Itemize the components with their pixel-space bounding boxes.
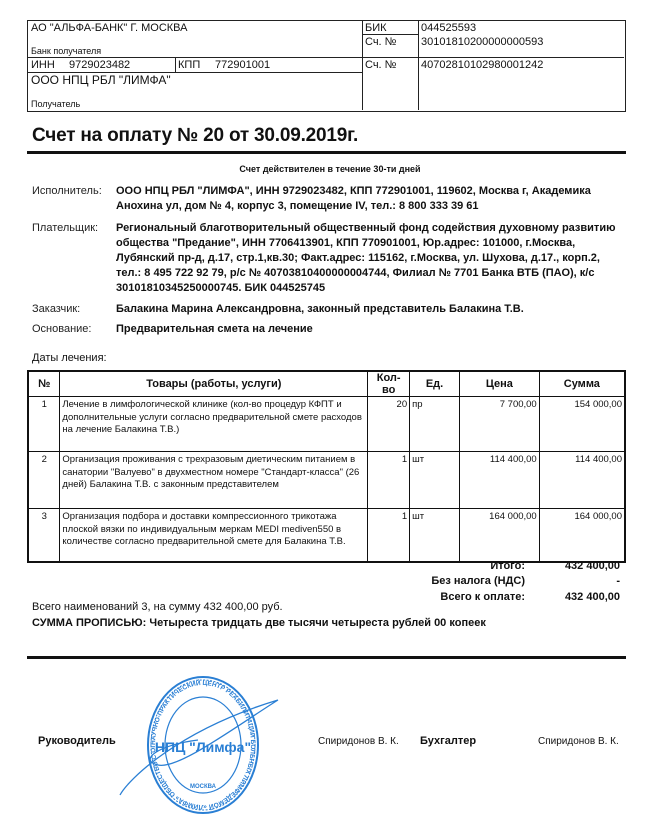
- accountant-label: Бухгалтер: [420, 735, 476, 747]
- customer-value: Балакина Марина Александровна, законный …: [116, 302, 626, 317]
- cell-unit: шт: [410, 452, 460, 509]
- account-value: 40702810102980001242: [418, 59, 543, 72]
- cell-price: 164 000,00: [459, 509, 539, 562]
- company-stamp-icon: НАУЧНО-ПРАКТИЧЕСКИЙ ЦЕНТР РЕАБИЛИТАЦИИ Б…: [118, 670, 288, 820]
- corr-account-label: Сч. №: [362, 36, 396, 49]
- col-header-goods: Товары (работы, услуги): [60, 371, 368, 397]
- recipient-name: ООО НПЦ РБЛ "ЛИМФА": [28, 74, 171, 87]
- treatment-dates-label: Даты лечения:: [32, 352, 107, 364]
- director-label: Руководитель: [38, 735, 116, 747]
- col-header-unit: Ед.: [410, 371, 460, 397]
- validity-note: Счет действителен в течение 30-ти дней: [0, 164, 660, 174]
- table-row: 2 Организация проживания с трехразовым д…: [28, 452, 625, 509]
- director-name: Спиридонов В. К.: [318, 736, 399, 747]
- items-table: № Товары (работы, услуги) Кол-во Ед. Цен…: [27, 370, 626, 563]
- col-header-price: Цена: [459, 371, 539, 397]
- cell-sum: 154 000,00: [539, 397, 625, 452]
- bank-label: Банк получателя: [28, 45, 101, 58]
- svg-text:МОСКВА: МОСКВА: [190, 784, 217, 790]
- cell-unit: шт: [410, 509, 460, 562]
- cell-description: Организация подбора и доставки компресси…: [60, 509, 368, 562]
- cell-sum: 164 000,00: [539, 509, 625, 562]
- table-header-row: № Товары (работы, услуги) Кол-во Ед. Цен…: [28, 371, 625, 397]
- cell-price: 7 700,00: [459, 397, 539, 452]
- divider: [362, 57, 624, 58]
- title-rule: [27, 151, 626, 154]
- cell-description: Лечение в лимфологической клинике (кол-в…: [60, 397, 368, 452]
- cell-num: 1: [28, 397, 60, 452]
- inn-value: 9729023482: [66, 59, 130, 72]
- basis-label: Основание:: [32, 323, 91, 335]
- table-row: 1 Лечение в лимфологической клинике (кол…: [28, 397, 625, 452]
- executor-value: ООО НПЦ РБЛ "ЛИМФА", ИНН 9729023482, КПП…: [116, 184, 626, 214]
- executor-label: Исполнитель:: [32, 185, 102, 197]
- total-value: 432 400,00: [520, 560, 620, 572]
- vat-label: Без налога (НДС): [325, 575, 525, 587]
- kpp-value: 772901001: [212, 59, 270, 72]
- items-count-summary: Всего наименований 3, на сумму 432 400,0…: [32, 601, 283, 613]
- invoice-title: Счет на оплату № 20 от 30.09.2019г.: [32, 125, 358, 147]
- accountant-name: Спиридонов В. К.: [538, 736, 619, 747]
- payer-value: Региональный благотворительный обществен…: [116, 221, 626, 296]
- bik-value: 044525593: [418, 22, 476, 35]
- amount-in-words: СУММА ПРОПИСЬЮ: Четыреста тридцать две т…: [32, 617, 486, 629]
- table-row: 3 Организация подбора и доставки компрес…: [28, 509, 625, 562]
- cell-num: 2: [28, 452, 60, 509]
- bank-name: АО "АЛЬФА-БАНК" Г. МОСКВА: [28, 22, 187, 35]
- payable-value: 432 400,00: [520, 591, 620, 603]
- cell-qty: 20: [368, 397, 410, 452]
- recipient-label: Получатель: [28, 98, 80, 111]
- cell-price: 114 400,00: [459, 452, 539, 509]
- customer-label: Заказчик:: [32, 303, 80, 315]
- total-label: Итого:: [325, 560, 525, 572]
- basis-value: Предварительная смета на лечение: [116, 322, 626, 337]
- vat-value: -: [520, 575, 620, 587]
- cell-qty: 1: [368, 452, 410, 509]
- cell-qty: 1: [368, 509, 410, 562]
- signature-rule: [27, 656, 626, 659]
- account-label: Сч. №: [362, 59, 396, 72]
- col-header-sum: Сумма: [539, 371, 625, 397]
- cell-num: 3: [28, 509, 60, 562]
- bik-label: БИК: [362, 22, 387, 35]
- corr-account-value: 30101810200000000593: [418, 36, 543, 49]
- col-header-num: №: [28, 371, 60, 397]
- payable-label: Всего к оплате:: [325, 591, 525, 603]
- cell-description: Организация проживания с трехразовым дие…: [60, 452, 368, 509]
- svg-text:НПЦ "Лимфа": НПЦ "Лимфа": [155, 739, 251, 755]
- cell-sum: 114 400,00: [539, 452, 625, 509]
- cell-unit: пр: [410, 397, 460, 452]
- kpp-label: КПП: [175, 59, 200, 72]
- bank-details-block: АО "АЛЬФА-БАНК" Г. МОСКВА Банк получател…: [27, 20, 626, 112]
- inn-label: ИНН: [28, 59, 55, 72]
- payer-label: Плательщик:: [32, 222, 98, 234]
- col-header-qty: Кол-во: [368, 371, 410, 397]
